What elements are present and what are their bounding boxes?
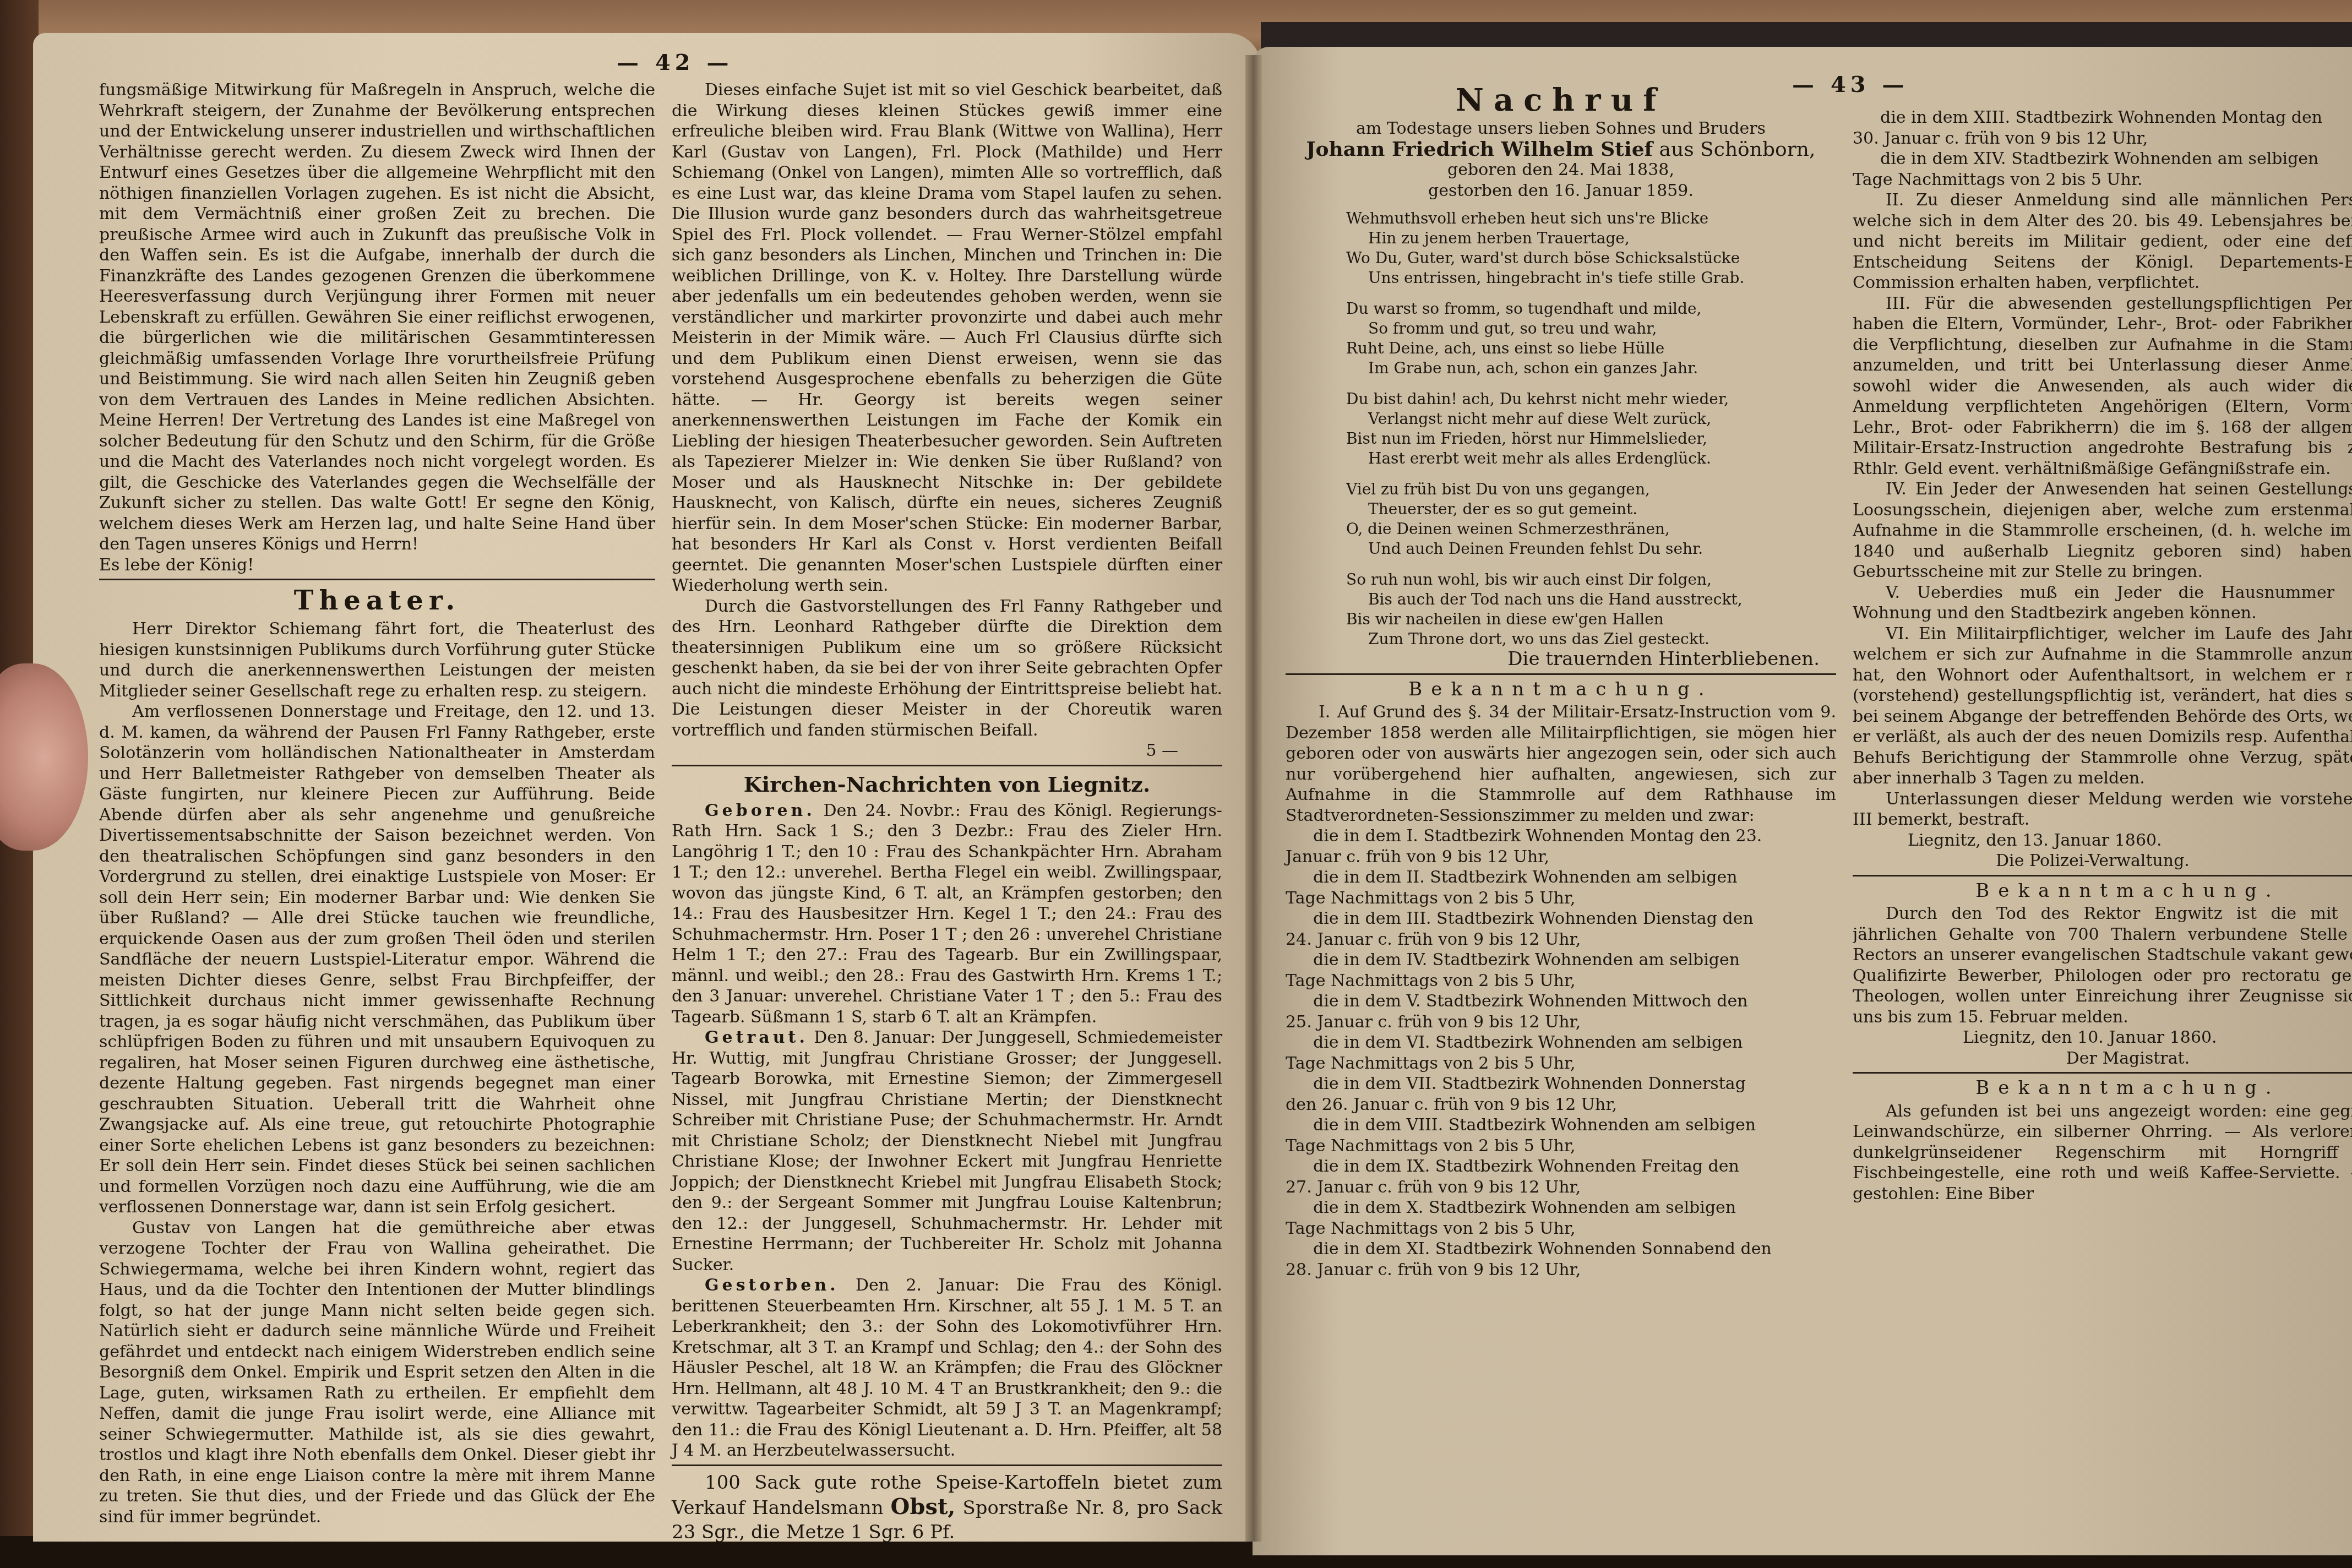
announcement-heading: Bekanntmachung. <box>1286 679 1836 700</box>
announcement3-heading: Bekanntmachung. <box>1853 1078 2352 1099</box>
poem-line: Hast ererbt weit mehr als alles Erdenglü… <box>1346 449 1836 469</box>
announcement-paragraph: V. Ueberdies muß ein Jeder die Hausnumme… <box>1853 582 2352 624</box>
church-born-label: Geboren. <box>705 801 815 820</box>
section-divider <box>1286 673 1836 675</box>
schedule-district: die in dem I. Stadtbezirk Wohnenden Mont… <box>1286 826 1836 847</box>
poem-line: Uns entrissen, hingebracht in's tiefe st… <box>1346 268 1836 288</box>
schedule-district: die in dem VI. Stadtbezirk Wohnenden am … <box>1286 1032 1836 1053</box>
church-died-text: Den 2. Januar: Die Frau des Königl. beri… <box>672 1276 1222 1460</box>
theater-heading: Theater. <box>99 585 655 617</box>
schedule-district: die in dem IX. Stadtbezirk Wohnenden Fre… <box>1286 1156 1836 1177</box>
section-divider <box>672 1464 1222 1466</box>
obituary-name-line: Johann Friedrich Wilhelm Stief aus Schön… <box>1286 139 1836 160</box>
poem-stanza: So ruh nun wohl, bis wir auch einst Dir … <box>1346 570 1836 649</box>
schedule-time: Tage Nachmittags von 2 bis 5 Uhr, <box>1286 888 1836 909</box>
schedule-time: Tage Nachmittags von 2 bis 5 Uhr, <box>1286 1053 1836 1074</box>
book-gutter <box>1245 55 1262 1542</box>
theater-continued: Dieses einfache Sujet ist mit so viel Ge… <box>672 80 1222 596</box>
registration-schedule: die in dem I. Stadtbezirk Wohnenden Mont… <box>1286 826 1836 1280</box>
church-died: Gestorben. Den 2. Januar: Die Frau des K… <box>672 1275 1222 1461</box>
schedule-district: die in dem VIII. Stadtbezirk Wohnenden a… <box>1286 1115 1836 1136</box>
speech-continued: fungsmäßige Mitwirkung für Maßregeln in … <box>99 80 655 555</box>
announcement-authority-row: Die Polizei-Verwaltung. Boed <box>1853 851 2352 872</box>
schedule-time: 25. Januar c. früh von 9 bis 12 Uhr, <box>1286 1012 1836 1033</box>
section-divider <box>1853 875 2352 876</box>
right-page: — 43 — Nachruf am Todestage unsers liebe… <box>1253 47 2352 1555</box>
left-page: — 42 — fungsmäßige Mitwirkung für Maßreg… <box>33 33 1261 1542</box>
announcement-paragraph: VI. Ein Militairpflichtiger, welcher im … <box>1853 624 2352 789</box>
potato-advertisement: 100 Sack gute rothe Speise-Kartoffeln bi… <box>672 1471 1222 1544</box>
announcement2-heading: Bekanntmachung. <box>1853 881 2352 902</box>
obituary-died: gestorben den 16. Januar 1859. <box>1286 181 1836 202</box>
announcement2-text: Durch den Tod des Rektor Engwitz ist die… <box>1853 903 2352 1027</box>
church-married-label: Getraut. <box>705 1028 808 1047</box>
theater-continued: Durch die Gastvorstellungen des Frl Fann… <box>672 596 1222 741</box>
theater-signature: 5 — <box>672 741 1222 761</box>
obituary-signature: Die trauernden Hinterbliebenen. <box>1286 649 1836 670</box>
schedule-time: Tage Nachmittags von 2 bis 5 Uhr, <box>1286 1218 1836 1239</box>
theater-paragraph: Herr Direktor Schiemang fährt fort, die … <box>99 619 655 701</box>
poem-line: Zum Throne dort, wo uns das Ziel gesteck… <box>1346 629 1836 649</box>
poem-line: Hin zu jenem herben Trauertage, <box>1346 228 1836 248</box>
poem-line: Bis wir nacheilen in diese ew'gen Hallen <box>1346 609 1836 629</box>
announcement-authority: Die Polizei-Verwaltung. <box>1996 851 2190 872</box>
poem-line: Bist nun im Frieden, hörst nur Himmelsli… <box>1346 429 1836 449</box>
schedule-time: Januar c. früh von 9 bis 12 Uhr, <box>1286 847 1836 868</box>
ad-merchant-name: Obst, <box>891 1494 956 1520</box>
poem-stanza: Du warst so fromm, so tugendhaft und mil… <box>1346 299 1836 378</box>
poem-line: O, die Deinen weinen Schmerzesthränen, <box>1346 519 1836 539</box>
schedule-time: Tage Nachmittags von 2 bis 5 Uhr, <box>1286 971 1836 992</box>
right-column-1: Nachruf am Todestage unsers lieben Sohne… <box>1286 80 1836 1280</box>
schedule-district: die in dem VII. Stadtbezirk Wohnenden Do… <box>1286 1074 1836 1095</box>
schedule-district: die in dem II. Stadtbezirk Wohnenden am … <box>1286 867 1836 888</box>
left-column-2: Dieses einfache Sujet ist mit so viel Ge… <box>672 80 1222 1544</box>
poem-line: Verlangst nicht mehr auf diese Welt zurü… <box>1346 409 1836 429</box>
announcement-paragraph: II. Zu dieser Anmeldung sind alle männli… <box>1853 190 2352 293</box>
poem-line: So fromm und gut, so treu und wahr, <box>1346 319 1836 339</box>
poem-line: Bis auch der Tod nach uns die Hand ausst… <box>1346 590 1836 609</box>
poem-line: So ruh nun wohl, bis wir auch einst Dir … <box>1346 570 1836 590</box>
announcement-place-date: Liegnitz, den 13. Januar 1860. <box>1853 830 2352 851</box>
obituary-line1: am Todestage unsers lieben Sohnes und Br… <box>1286 118 1836 139</box>
schedule-district: die in dem IV. Stadtbezirk Wohnenden am … <box>1286 950 1836 971</box>
announcement-paragraph: III. Für die abwesenden gestellungspflic… <box>1853 293 2352 480</box>
poem-line: Theuerster, der es so gut gemeint. <box>1346 499 1836 519</box>
obituary-origin: aus Schönborn, <box>1659 138 1816 161</box>
poem-line: Wehmuthsvoll erheben heut sich uns're Bl… <box>1346 209 1836 228</box>
section-divider <box>1853 1072 2352 1074</box>
theater-paragraph: Gustav von Langen hat die gemüthreiche a… <box>99 1218 655 1528</box>
right-column-2: die in dem XIII. Stadtbezirk Wohnenden M… <box>1853 107 2352 1204</box>
poem-line: Ruht Deine, ach, uns einst so liebe Hüll… <box>1346 339 1836 358</box>
theater-paragraph: Am verflossenen Donnerstage und Freitage… <box>99 701 655 1218</box>
page-number-left: — 42 — <box>617 50 733 75</box>
obituary-name: Johann Friedrich Wilhelm Stief <box>1306 138 1653 161</box>
schedule-time: 27. Januar c. früh von 9 bis 12 Uhr, <box>1286 1177 1836 1198</box>
announcement2-signature: Der Magistrat. <box>1853 1048 2352 1069</box>
obituary-born: geboren den 24. Mai 1838, <box>1286 160 1836 181</box>
schedule-time: den 26. Januar c. früh von 9 bis 12 Uhr, <box>1286 1095 1836 1115</box>
announcement3-text: Als gefunden ist bei uns angezeigt worde… <box>1853 1101 2352 1205</box>
poem-stanza: Viel zu früh bist Du von uns gegangen, T… <box>1346 480 1836 559</box>
church-born: Geboren. Den 24. Novbr.: Frau des Königl… <box>672 801 1222 1028</box>
poem-line: Du bist dahin! ach, Du kehrst nicht mehr… <box>1346 389 1836 409</box>
section-divider <box>672 765 1222 766</box>
announcement-intro: I. Auf Grund des §. 34 der Militair-Ersa… <box>1286 702 1836 826</box>
schedule-district: die in dem XI. Stadtbezirk Wohnenden Son… <box>1286 1239 1836 1260</box>
church-news-heading: Kirchen-Nachrichten von Liegnitz. <box>672 771 1222 798</box>
schedule-district: die in dem V. Stadtbezirk Wohnenden Mitt… <box>1286 991 1836 1012</box>
church-died-label: Gestorben. <box>705 1276 839 1295</box>
schedule-time: 28. Januar c. früh von 9 bis 12 Uhr, <box>1286 1260 1836 1281</box>
schedule-time: 30. Januar c. früh von 9 bis 12 Uhr, <box>1853 128 2352 149</box>
poem-stanza: Du bist dahin! ach, Du kehrst nicht mehr… <box>1346 389 1836 469</box>
schedule-time: Tage Nachmittags von 2 bis 5 Uhr. <box>1853 170 2352 190</box>
schedule-time: Tage Nachmittags von 2 bis 5 Uhr, <box>1286 1136 1836 1157</box>
announcement-paragraph: IV. Ein Jeder der Anwesenden hat seinen … <box>1853 479 2352 582</box>
left-column-1: fungsmäßige Mitwirkung für Maßregeln in … <box>99 80 655 1527</box>
church-married-text: Den 8. Januar: Der Junggesell, Schmiedem… <box>672 1028 1222 1275</box>
poem-line: Viel zu früh bist Du von uns gegangen, <box>1346 480 1836 499</box>
poem-line: Du warst so fromm, so tugendhaft und mil… <box>1346 299 1836 319</box>
church-married: Getraut. Den 8. Januar: Der Junggesell, … <box>672 1027 1222 1275</box>
speech-closing: Es lebe der König! <box>99 555 655 576</box>
schedule-time: 24. Januar c. früh von 9 bis 12 Uhr, <box>1286 929 1836 950</box>
poem-line: Wo Du, Guter, ward'st durch böse Schicks… <box>1346 248 1836 268</box>
obituary-poem: Wehmuthsvoll erheben heut sich uns're Bl… <box>1346 209 1836 649</box>
section-divider <box>99 579 655 580</box>
poem-line: Und auch Deinen Freunden fehlst Du sehr. <box>1346 539 1836 559</box>
obituary-heading: Nachruf <box>1286 84 1836 116</box>
poem-stanza: Wehmuthsvoll erheben heut sich uns're Bl… <box>1346 209 1836 288</box>
poem-line: Im Grabe nun, ach, schon ein ganzes Jahr… <box>1346 358 1836 378</box>
schedule-district: die in dem XIV. Stadtbezirk Wohnenden am… <box>1853 149 2352 170</box>
church-born-text: Den 24. Novbr.: Frau des Königl. Regieru… <box>672 801 1222 1027</box>
announcement2-place-date: Liegnitz, den 10. Januar 1860. <box>1853 1027 2352 1048</box>
announcement-paragraph: Unterlassungen dieser Meldung werden wie… <box>1853 789 2352 830</box>
schedule-district: die in dem X. Stadtbezirk Wohnenden am s… <box>1286 1197 1836 1218</box>
schedule-district: die in dem III. Stadtbezirk Wohnenden Di… <box>1286 908 1836 929</box>
schedule-district: die in dem XIII. Stadtbezirk Wohnenden M… <box>1853 107 2352 128</box>
